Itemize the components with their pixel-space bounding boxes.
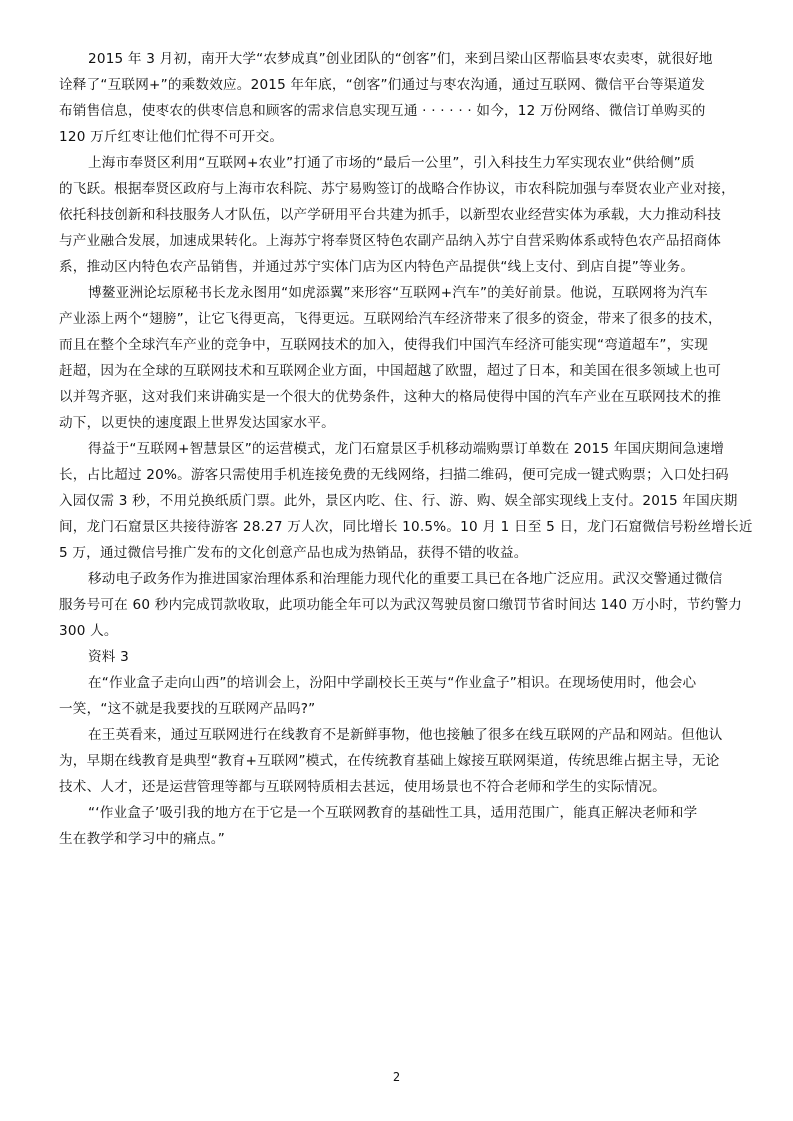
paragraph-homework-box-intro: 在“作业盒子走向山西”的培训会上，汾阳中学副校长王英与“作业盒子”相识。在现场使… [59, 670, 737, 722]
text-line: 生在教学和学习中的痛点。” [59, 826, 737, 852]
paragraph-homework-box-quote: “‘作业盒子’吸引我的地方在于它是一个互联网教育的基础性工具，适用范围广，能真正… [59, 800, 737, 852]
text-line: 系，推动区内特色农产品销售，并通过苏宁实体门店为区内特色产品提供“线上支付、到店… [59, 254, 737, 280]
text-line: 间，龙门石窟景区共接待游客 28.27 万人次，同比增长 10.5%。10 月 … [59, 514, 737, 540]
text-line: 技术、人才，还是运营管理等都与互联网特质相去甚远，使用场景也不符合老师和学生的实… [59, 774, 737, 800]
text-line: 一笑，“这不就是我要找的互联网产品吗?” [59, 696, 737, 722]
text-line: 上海市奉贤区利用“互联网+农业”打通了市场的“最后一公里”，引入科技生力军实现农… [59, 150, 737, 176]
text-line: 布销售信息，使枣农的供枣信息和顾客的需求信息实现互通 · · · · · · 如… [59, 98, 737, 124]
text-line: 长，占比超过 20%。游客只需使用手机连接免费的无线网络，扫描二维码，便可完成一… [59, 462, 737, 488]
text-line: 在王英看来，通过互联网进行在线教育不是新鲜事物，他也接触了很多在线互联网的产品和… [59, 722, 737, 748]
text-line: 与产业融合发展，加速成果转化。上海苏宁将奉贤区特色农副产品纳入苏宁自营采购体系或… [59, 228, 737, 254]
text-line: 产业添上两个“翅膀”，让它飞得更高，飞得更远。互联网给汽车经济带来了很多的资金，… [59, 306, 737, 332]
text-line: 在“作业盒子走向山西”的培训会上，汾阳中学副校长王英与“作业盒子”相识。在现场使… [59, 670, 737, 696]
text-line: 服务号可在 60 秒内完成罚款收取，此项功能全年可以为武汉驾驶员窗口缴罚节省时间… [59, 592, 737, 618]
paragraph-zao-nong: 2015 年 3 月初，南开大学“农梦成真”创业团队的“创客”们，来到吕梁山区帮… [59, 46, 737, 150]
document-page: 2015 年 3 月初，南开大学“农梦成真”创业团队的“创客”们，来到吕梁山区帮… [59, 46, 737, 852]
text-line: 5 万，通过微信号推广发布的文化创意产品也成为热销品，获得不错的收益。 [59, 540, 737, 566]
paragraph-internet-auto: 博鳌亚洲论坛原秘书长龙永图用“如虎添翼”来形容“互联网+汽车”的美好前景。他说，… [59, 280, 737, 436]
text-line: 以并驾齐驱，这对我们来讲确实是一个很大的优势条件，这种大的格局使得中国的汽车产业… [59, 384, 737, 410]
paragraph-e-government: 移动电子政务作为推进国家治理体系和治理能力现代化的重要工具已在各地广泛应用。武汉… [59, 566, 737, 644]
section-heading: 资料 3 [59, 644, 737, 670]
text-line: 博鳌亚洲论坛原秘书长龙永图用“如虎添翼”来形容“互联网+汽车”的美好前景。他说，… [59, 280, 737, 306]
text-line: 移动电子政务作为推进国家治理体系和治理能力现代化的重要工具已在各地广泛应用。武汉… [59, 566, 737, 592]
text-line: “‘作业盒子’吸引我的地方在于它是一个互联网教育的基础性工具，适用范围广，能真正… [59, 800, 737, 826]
text-line: 的飞跃。根据奉贤区政府与上海市农科院、苏宁易购签订的战略合作协议，市农科院加强与… [59, 176, 737, 202]
text-line: 诠释了“互联网+”的乘数效应。2015 年年底，“创客”们通过与枣农沟通，通过互… [59, 72, 737, 98]
paragraph-longmen-grottoes: 得益于“互联网+智慧景区”的运营模式，龙门石窟景区手机移动端购票订单数在 201… [59, 436, 737, 566]
text-line: 入园仅需 3 秒，不用兑换纸质门票。此外，景区内吃、住、行、游、购、娱全部实现线… [59, 488, 737, 514]
text-line: 动下，以更快的速度跟上世界发达国家水平。 [59, 410, 737, 436]
section-heading-material-3: 资料 3 [59, 644, 737, 670]
text-line: 120 万斤红枣让他们忙得不可开交。 [59, 124, 737, 150]
paragraph-fengxian-agriculture: 上海市奉贤区利用“互联网+农业”打通了市场的“最后一公里”，引入科技生力军实现农… [59, 150, 737, 280]
text-line: 300 人。 [59, 618, 737, 644]
text-line: 赶超，因为在全球的互联网技术和互联网企业方面，中国超越了欧盟，超过了日本，和美国… [59, 358, 737, 384]
page-number: 2 [0, 1070, 793, 1084]
paragraph-online-education: 在王英看来，通过互联网进行在线教育不是新鲜事物，他也接触了很多在线互联网的产品和… [59, 722, 737, 800]
text-line: 得益于“互联网+智慧景区”的运营模式，龙门石窟景区手机移动端购票订单数在 201… [59, 436, 737, 462]
text-line: 而且在整个全球汽车产业的竞争中，互联网技术的加入，使得我们中国汽车经济可能实现“… [59, 332, 737, 358]
text-line: 为，早期在线教育是典型“教育+互联网”模式，在传统教育基础上嫁接互联网渠道，传统… [59, 748, 737, 774]
text-line: 依托科技创新和科技服务人才队伍，以产学研用平台共建为抓手，以新型农业经营实体为承… [59, 202, 737, 228]
text-line: 2015 年 3 月初，南开大学“农梦成真”创业团队的“创客”们，来到吕梁山区帮… [59, 46, 737, 72]
